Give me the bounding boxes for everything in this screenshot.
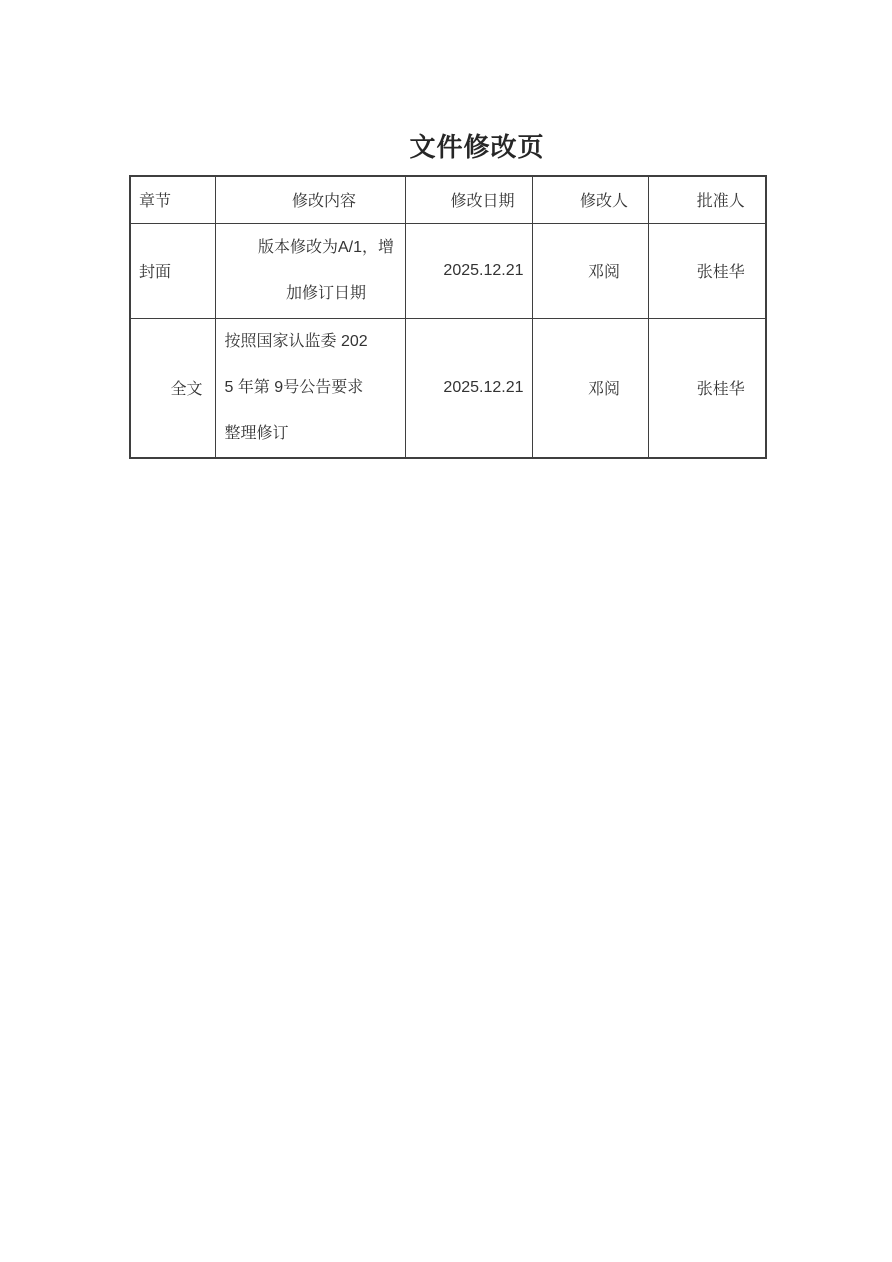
header-cell-content: 修改内容: [215, 176, 405, 223]
cell-reviser: 邓阅: [532, 223, 648, 318]
page-title: 文件修改页: [0, 131, 892, 163]
header-cell-section: 章节: [130, 176, 215, 223]
cell-section: 全文: [130, 318, 215, 458]
cell-approver: 张桂华: [648, 318, 766, 458]
cell-content: 版本修改为A/1，增 加修订日期: [215, 223, 405, 318]
header-cell-date: 修改日期: [405, 176, 532, 223]
table-row: 封面 版本修改为A/1，增 加修订日期 2025.12.21 邓阅 张桂华: [130, 223, 766, 318]
table-row: 全文 按照国家认监委 202 5 年第 9号公告要求 整理修订 2025.12.…: [130, 318, 766, 458]
table-header-row: 章节 修改内容 修改日期 修改人 批准人: [130, 176, 766, 223]
document-page: 文件修改页 章节 修改内容 修改日期 修改人 批准人 封面 版本修改为A/1，增…: [0, 0, 892, 1262]
cell-content: 按照国家认监委 202 5 年第 9号公告要求 整理修订: [215, 318, 405, 458]
cell-date: 2025.12.21: [405, 318, 532, 458]
header-cell-reviser: 修改人: [532, 176, 648, 223]
cell-reviser: 邓阅: [532, 318, 648, 458]
header-cell-approver: 批准人: [648, 176, 766, 223]
cell-section: 封面: [130, 223, 215, 318]
revision-table: 章节 修改内容 修改日期 修改人 批准人 封面 版本修改为A/1，增 加修订日期…: [129, 175, 767, 459]
cell-date: 2025.12.21: [405, 223, 532, 318]
cell-approver: 张桂华: [648, 223, 766, 318]
